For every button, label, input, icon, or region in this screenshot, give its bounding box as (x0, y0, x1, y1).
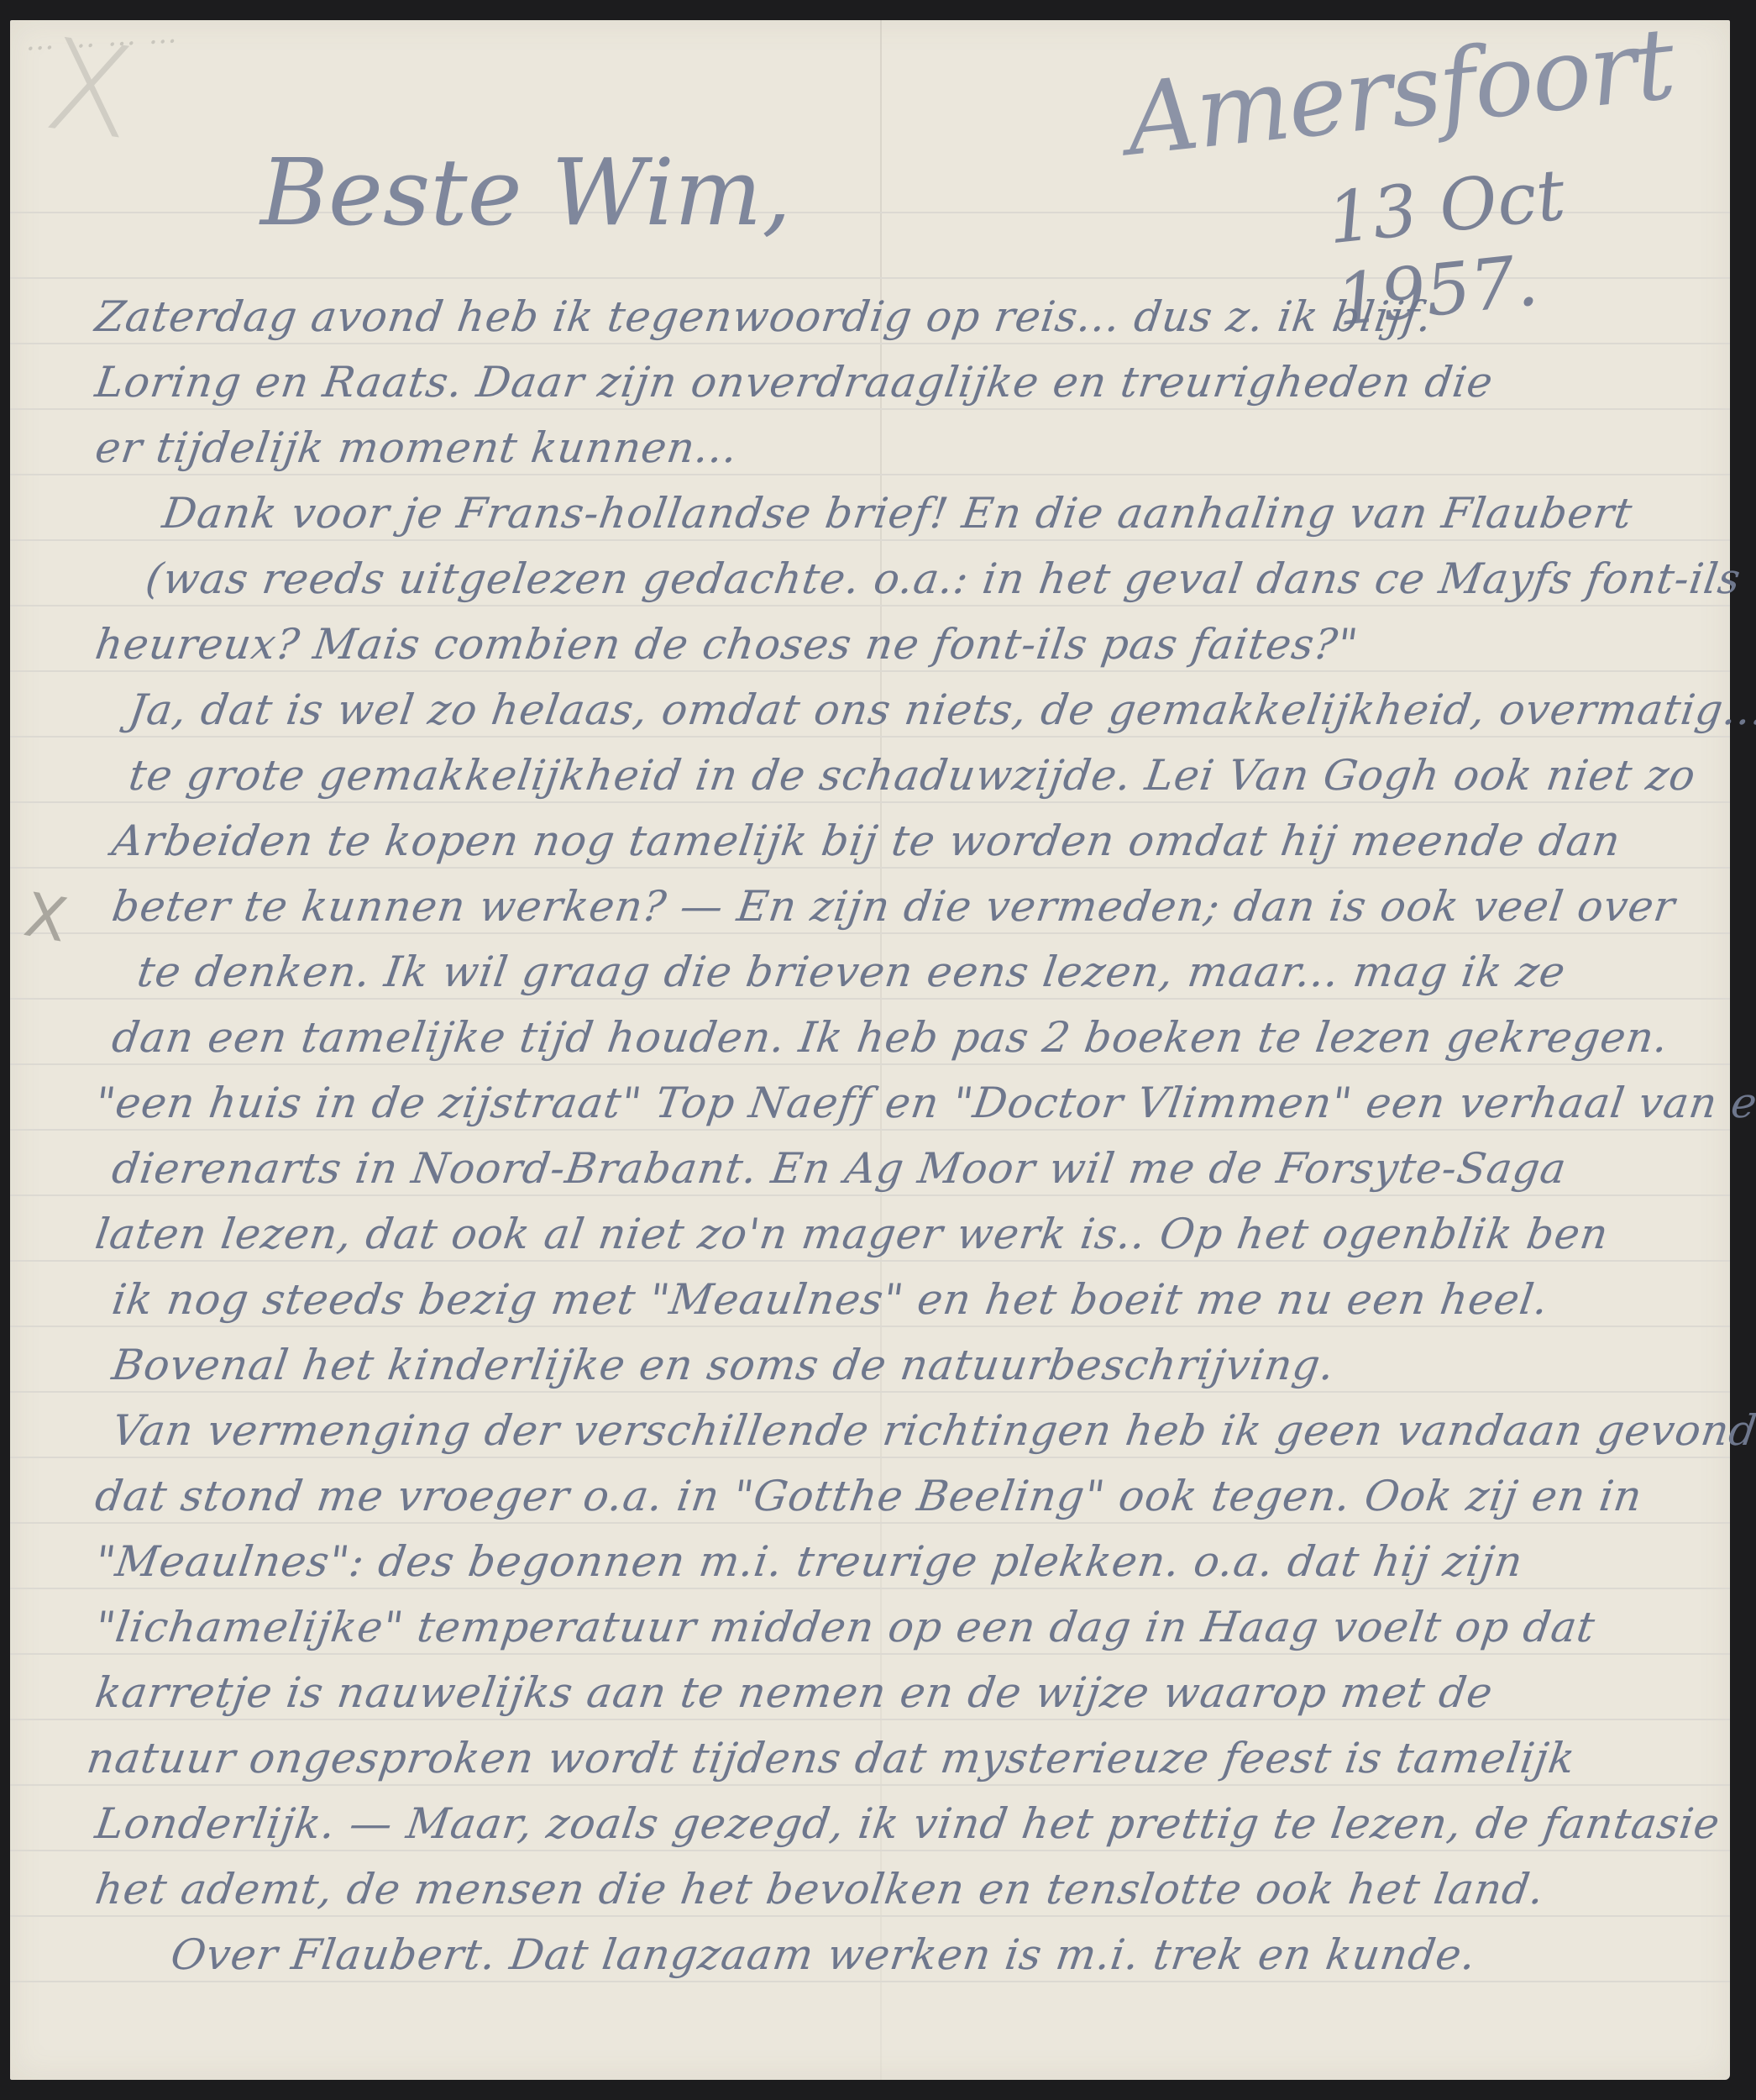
letter-line: dat stond me vroeger o.a. in "Gotthe Bee… (92, 1472, 1645, 1520)
ruled-line (10, 1981, 1730, 1982)
ruled-line (10, 1588, 1730, 1589)
ruled-line (10, 1719, 1730, 1720)
letter-line: Arbeiden te kopen nog tamelijk bij te wo… (109, 816, 1624, 865)
letter-line: "Meaulnes": des begonnen m.i. treurige p… (92, 1537, 1526, 1586)
ruled-line (10, 1326, 1730, 1327)
letter-line: karretje is nauwelijks aan te nemen en d… (92, 1668, 1497, 1717)
ruled-line (10, 1915, 1730, 1917)
letter-line: dierenarts in Noord-Brabant. En Ag Moor … (109, 1144, 1570, 1193)
ruled-line (10, 539, 1730, 541)
letter-line: Over Flaubert. Dat langzaam werken is m.… (168, 1930, 1480, 1979)
ruled-line (10, 1522, 1730, 1524)
letter-line: Bovenal het kinderlijke en soms de natuu… (109, 1341, 1338, 1389)
letter-line: Van vermenging der verschillende richtin… (109, 1406, 1756, 1455)
ruled-line (10, 1260, 1730, 1262)
ruled-line (10, 670, 1730, 672)
ruled-line (10, 932, 1730, 934)
ruled-line (10, 474, 1730, 475)
ruled-line (10, 408, 1730, 410)
letter-line: heureux? Mais combien de choses ne font-… (92, 620, 1361, 669)
letter-line: te denken. Ik wil graag die brieven eens… (134, 948, 1569, 996)
letter-line: laten lezen, dat ook al niet zo'n mager … (92, 1210, 1612, 1258)
salutation: Beste Wim, (260, 139, 791, 246)
ruled-line (10, 605, 1730, 606)
letter-line: dan een tamelijke tijd houden. Ik heb pa… (109, 1013, 1672, 1062)
ruled-line (10, 1457, 1730, 1458)
letter-line: "een huis in de zijstraat" Top Naeff en … (92, 1079, 1756, 1127)
letter-line: beter te kunnen werken? — En zijn die ve… (109, 882, 1679, 931)
letter-line: Londerlijk. — Maar, zoals gezegd, ik vin… (92, 1799, 1723, 1848)
ruled-line (10, 1784, 1730, 1786)
letter-line: Dank voor je Frans-hollandse brief! En d… (160, 489, 1636, 538)
letter-line: "lichamelijke" temperatuur midden op een… (92, 1603, 1598, 1651)
letter-line: natuur ongesproken wordt tijdens dat mys… (84, 1734, 1579, 1782)
letter-line: ik nog steeds bezig met "Meaulnes" en he… (109, 1275, 1552, 1324)
letter-line: (was reeds uitgelezen gedachte. o.a.: in… (143, 554, 1744, 603)
letter-line: te grote gemakkelijkheid in de schaduwzi… (126, 751, 1699, 800)
ruled-line (10, 867, 1730, 869)
ruled-line (10, 1391, 1730, 1393)
ruled-line (10, 1653, 1730, 1655)
ruled-line (10, 343, 1730, 344)
ruled-line (10, 736, 1730, 738)
ruled-line (10, 801, 1730, 803)
letter-line: Ja, dat is wel zo helaas, omdat ons niet… (126, 685, 1756, 734)
ruled-line (10, 1194, 1730, 1196)
ruled-line (10, 1063, 1730, 1065)
letter-line: Loring en Raats. Daar zijn onverdraaglij… (92, 358, 1497, 407)
ruled-line (10, 998, 1730, 1000)
letter-line: er tijdelijk moment kunnen... (92, 423, 741, 472)
ruled-line (10, 1850, 1730, 1851)
letter-line: het ademt, de mensen die het bevolken en… (92, 1865, 1548, 1914)
letter-line: Zaterdag avond heb ik tegenwoordig op re… (92, 292, 1435, 341)
ruled-line (10, 1129, 1730, 1131)
